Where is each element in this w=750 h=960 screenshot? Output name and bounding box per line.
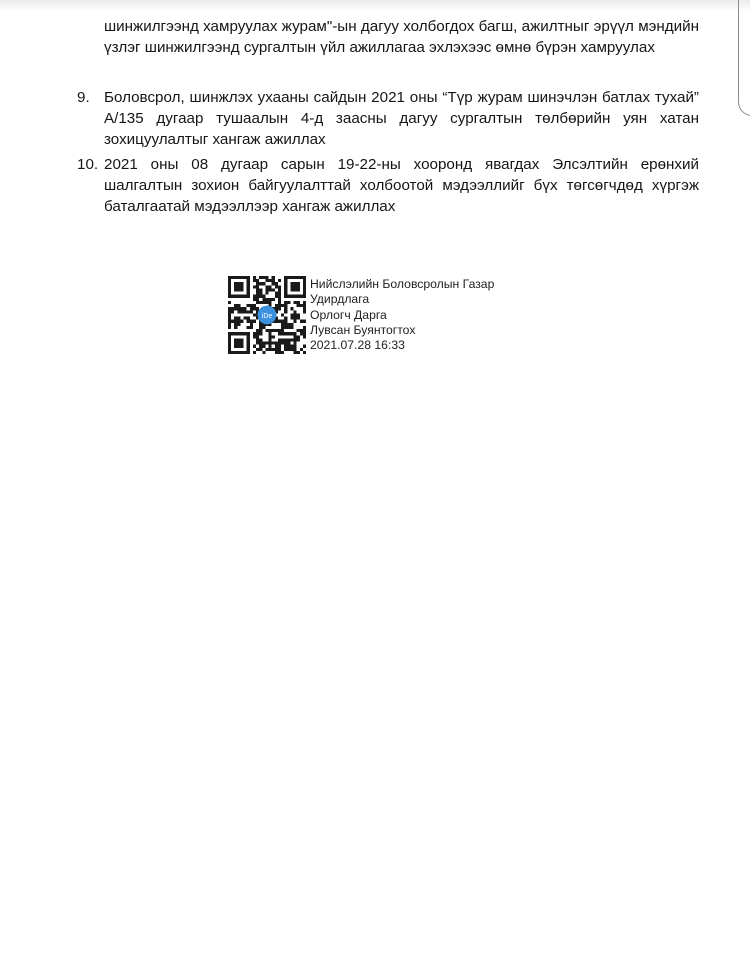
signature-position: Орлогч Дарга [310, 308, 570, 323]
item-text-10: 2021 оны 08 дугаар сарын 19-22-ны хоорон… [104, 154, 699, 217]
qr-code-icon: iDe [228, 276, 306, 354]
item-number-10: 10. [77, 154, 98, 175]
signature-organization: Нийслэлийн Боловсролын Газар [310, 277, 570, 292]
svg-text:iDe: iDe [262, 313, 272, 320]
item-text-9: Боловсрол, шинжлэх ухааны сайдын 2021 он… [104, 87, 699, 150]
signature-datetime: 2021.07.28 16:33 [310, 338, 570, 353]
signature-department: Удирдлага [310, 292, 570, 307]
continuation-paragraph: шинжилгээнд хамруулах журам"-ын дагуу хо… [104, 16, 699, 58]
device-edge [738, 0, 750, 116]
signature-name: Лувсан Буянтогтох [310, 323, 570, 338]
top-shade [0, 0, 750, 12]
item-number-9: 9. [77, 87, 90, 108]
